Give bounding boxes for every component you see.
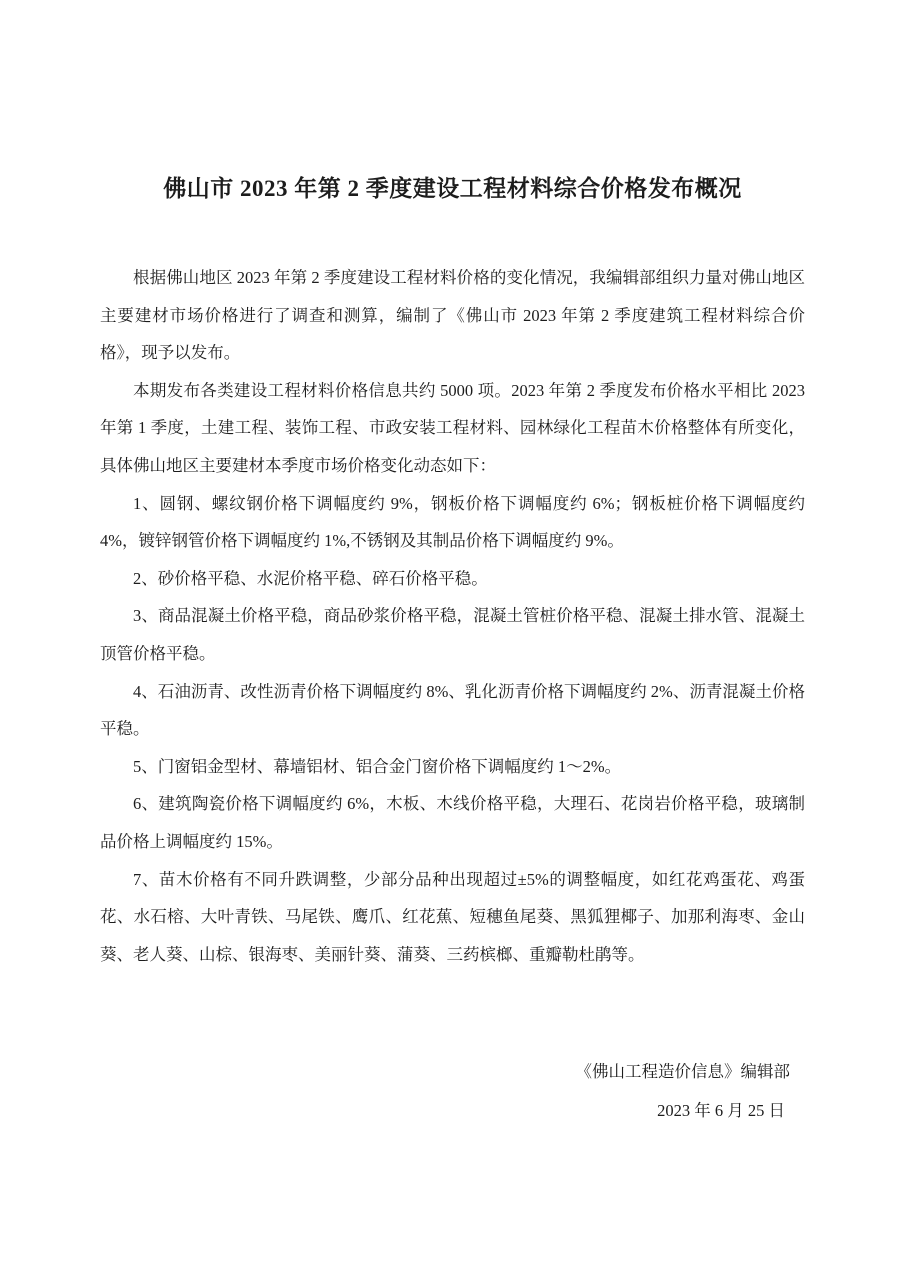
date-line: 2023 年 6 月 25 日 xyxy=(100,1091,805,1130)
body-paragraph: 本期发布各类建设工程材料价格信息共约 5000 项。2023 年第 2 季度发布… xyxy=(100,372,805,485)
body-paragraph: 2、砂价格平稳、水泥价格平稳、碎石价格平稳。 xyxy=(100,560,805,598)
body-paragraph: 4、石油沥青、改性沥青价格下调幅度约 8%、乳化沥青价格下调幅度约 2%、沥青混… xyxy=(100,673,805,748)
document-title: 佛山市 2023 年第 2 季度建设工程材料综合价格发布概况 xyxy=(100,0,805,205)
document-closing: 《佛山工程造价信息》编辑部 2023 年 6 月 25 日 xyxy=(100,1052,805,1130)
body-paragraph: 5、门窗铝金型材、幕墙铝材、铝合金门窗价格下调幅度约 1～2%。 xyxy=(100,748,805,786)
document-content: 佛山市 2023 年第 2 季度建设工程材料综合价格发布概况 根据佛山地区 20… xyxy=(0,0,900,1130)
signature-line: 《佛山工程造价信息》编辑部 xyxy=(100,1052,805,1091)
body-paragraph: 7、苗木价格有不同升跌调整，少部分品种出现超过±5%的调整幅度，如红花鸡蛋花、鸡… xyxy=(100,861,805,974)
body-paragraph: 3、商品混凝土价格平稳，商品砂浆价格平稳，混凝土管桩价格平稳、混凝土排水管、混凝… xyxy=(100,597,805,672)
document-body: 根据佛山地区 2023 年第 2 季度建设工程材料价格的变化情况，我编辑部组织力… xyxy=(100,259,805,973)
body-paragraph: 1、圆钢、螺纹钢价格下调幅度约 9%，钢板价格下调幅度约 6%；钢板桩价格下调幅… xyxy=(100,485,805,560)
body-paragraph: 6、建筑陶瓷价格下调幅度约 6%，木板、木线价格平稳，大理石、花岗岩价格平稳，玻… xyxy=(100,785,805,860)
document-page: 佛山市 2023 年第 2 季度建设工程材料综合价格发布概况 根据佛山地区 20… xyxy=(0,0,900,1273)
body-paragraph: 根据佛山地区 2023 年第 2 季度建设工程材料价格的变化情况，我编辑部组织力… xyxy=(100,259,805,372)
